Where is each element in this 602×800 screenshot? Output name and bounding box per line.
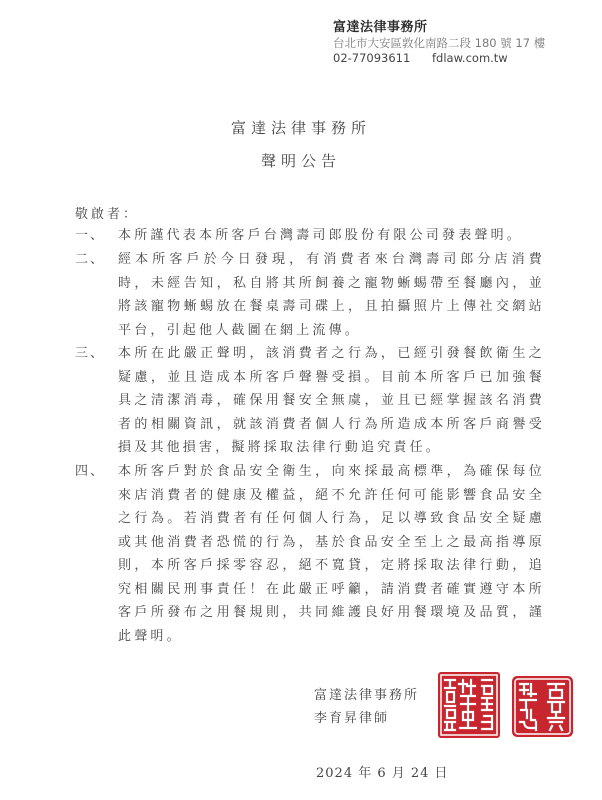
document-subtitle: 聲明公告 bbox=[0, 150, 602, 171]
firm-seal-icon bbox=[438, 672, 500, 738]
paragraph-number: 二、 bbox=[75, 248, 115, 272]
letterhead: 富達法律事務所 台北市大安區敦化南路二段 180 號 17 樓 02-77093… bbox=[333, 20, 545, 66]
paragraph-text: 經本所客戶於今日發現，有消費者來台灣壽司郎分店消費時，未經告知，私自將其所飼養之… bbox=[118, 248, 545, 342]
signature-firm: 富達法律事務所 bbox=[314, 684, 419, 707]
paragraph-number: 一、 bbox=[75, 224, 115, 248]
paragraph-3: 三、 本所在此嚴正聲明，該消費者之行為，已經引發餐飲衛生之疑慮，並且造成本所客戶… bbox=[75, 342, 545, 460]
paragraph-number: 三、 bbox=[75, 342, 115, 366]
lawyer-seal-icon bbox=[512, 676, 573, 737]
letterhead-firm-name: 富達法律事務所 bbox=[333, 20, 545, 36]
paragraph-1: 一、 本所謹代表本所客戶台灣壽司郎股份有限公司發表聲明。 bbox=[75, 224, 545, 248]
letterhead-address: 台北市大安區敦化南路二段 180 號 17 樓 bbox=[333, 36, 545, 51]
signature-block: 富達法律事務所 李育昇律師 bbox=[314, 684, 419, 730]
document-title: 富達法律事務所 bbox=[0, 117, 602, 138]
document-date: 2024 年 6 月 24 日 bbox=[316, 762, 449, 781]
letterhead-phone: 02-77093611 bbox=[333, 51, 410, 66]
paragraph-number: 四、 bbox=[75, 460, 115, 484]
paragraph-text: 本所謹代表本所客戶台灣壽司郎股份有限公司發表聲明。 bbox=[118, 224, 545, 248]
paragraph-text: 本所在此嚴正聲明，該消費者之行為，已經引發餐飲衛生之疑慮，並且造成本所客戶聲譽受… bbox=[118, 342, 545, 460]
letterhead-website: fdlaw.com.tw bbox=[432, 51, 508, 66]
paragraph-text: 本所客戶對於食品安全衛生，向來採最高標準，為確保每位來店消費者的健康及權益，絕不… bbox=[118, 460, 545, 648]
salutation: 敬啟者： bbox=[75, 203, 139, 222]
paragraph-4: 四、 本所客戶對於食品安全衛生，向來採最高標準，為確保每位來店消費者的健康及權益… bbox=[75, 460, 545, 648]
letterhead-contact: 02-77093611 fdlaw.com.tw bbox=[333, 51, 545, 66]
signature-lawyer: 李育昇律師 bbox=[314, 707, 419, 730]
paragraph-2: 二、 經本所客戶於今日發現，有消費者來台灣壽司郎分店消費時，未經告知，私自將其所… bbox=[75, 248, 545, 342]
